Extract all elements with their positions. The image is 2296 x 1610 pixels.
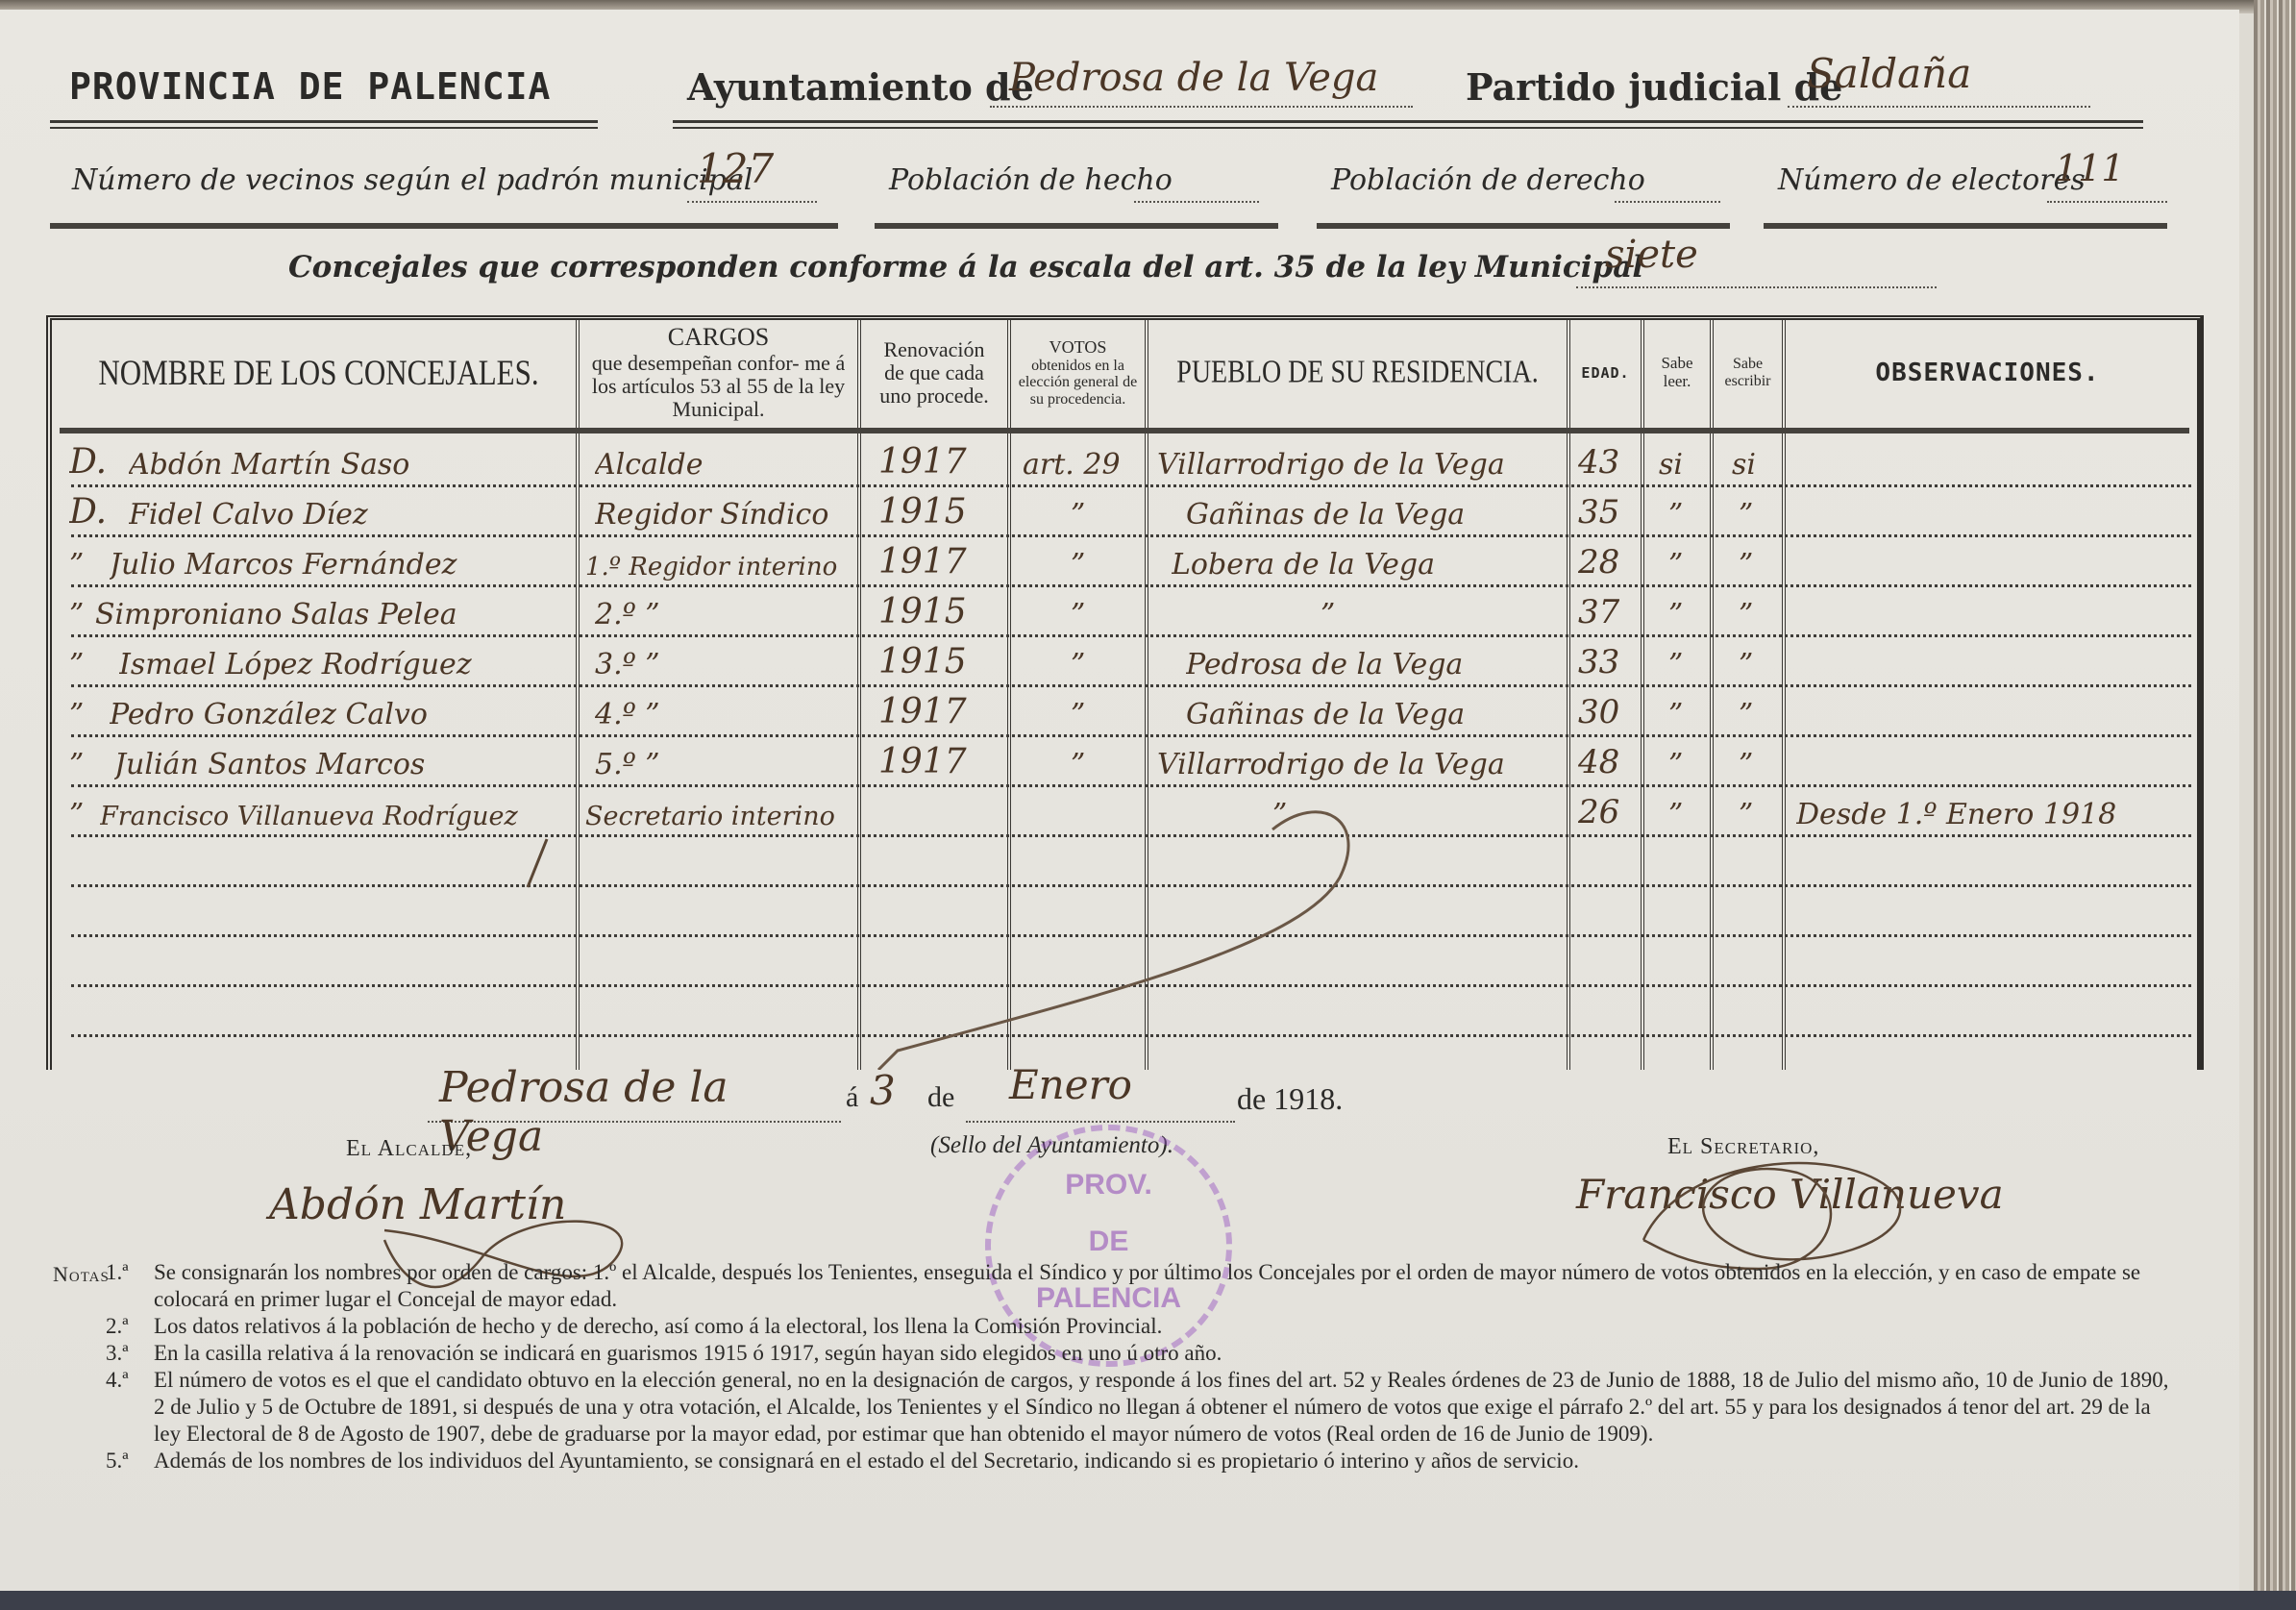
note-number: 1.ª: [106, 1259, 129, 1286]
note-text: El número de votos es el que el candidat…: [154, 1368, 2169, 1446]
partido-field: Saldaña: [1788, 67, 2090, 108]
provincia-title: PROVINCIA DE PALENCIA: [69, 65, 551, 108]
alcalde-label: El Alcalde,: [346, 1136, 472, 1162]
concejales-label: Concejales que corresponden conforme á l…: [288, 250, 1643, 285]
electores-label: Número de electores: [1778, 163, 2086, 197]
poblacion-derecho-field: [1615, 168, 1720, 203]
place-field: Pedrosa de la Vega: [428, 1078, 841, 1123]
partido-label: Partido judicial de: [1466, 65, 1842, 109]
ayuntamiento-value: Pedrosa de la Vega: [1009, 56, 1378, 100]
vecinos-value: 127: [697, 145, 774, 192]
ayuntamiento-field: Pedrosa de la Vega: [990, 67, 1413, 108]
divider: [1283, 120, 2143, 129]
scan-bottom-edge: [0, 1591, 2296, 1610]
document-page: PROVINCIA DE PALENCIA Ayuntamiento de Pe…: [0, 10, 2239, 1600]
stamp-line: PROV.: [991, 1169, 1226, 1201]
book-spine-edge: [2254, 0, 2296, 1610]
closing-pen-stroke: [52, 320, 2197, 1070]
divider: [50, 120, 598, 129]
notes-section: Notas 1.ªSe consignarán los nombres por …: [48, 1259, 2182, 1474]
concejales-value: siete: [1605, 233, 1698, 277]
poblacion-hecho-field: [1134, 168, 1259, 203]
concejales-table: NOMBRE DE LOS CONCEJALES. CARGOS que des…: [46, 315, 2204, 1070]
note-text: En la casilla relativa á la renovación s…: [154, 1341, 1222, 1365]
divider: [1317, 223, 1730, 229]
note-item: 2.ªLos datos relativos á la población de…: [48, 1313, 2182, 1340]
date-a: á: [846, 1081, 858, 1114]
electores-field: 111: [2047, 168, 2167, 203]
note-item: 3.ªEn la casilla relativa á la renovació…: [48, 1340, 2182, 1367]
month-value: Enero: [1009, 1061, 1132, 1108]
concejales-field: siete: [1576, 258, 1937, 288]
note-text: Los datos relativos á la población de he…: [154, 1314, 1162, 1338]
electores-value: 111: [2055, 147, 2125, 189]
note-text: Se consignarán los nombres por orden de …: [154, 1260, 2140, 1311]
stamp-line: DE: [991, 1226, 1226, 1258]
date-de: de: [927, 1081, 954, 1114]
ayuntamiento-label: Ayuntamiento de: [687, 65, 1034, 109]
note-number: 2.ª: [106, 1313, 129, 1340]
divider: [875, 223, 1278, 229]
note-item: 5.ªAdemás de los nombres de los individu…: [48, 1448, 2182, 1474]
place-value: Pedrosa de la Vega: [439, 1063, 841, 1161]
poblacion-derecho-label: Población de derecho: [1331, 163, 1645, 197]
vecinos-field: 127: [687, 168, 817, 203]
note-item: 4.ªEl número de votos es el que el candi…: [48, 1367, 2182, 1448]
vecinos-label: Número de vecinos según el padrón munici…: [72, 163, 753, 197]
note-number: 3.ª: [106, 1340, 129, 1367]
divider: [1764, 223, 2167, 229]
note-number: 4.ª: [106, 1367, 129, 1394]
date-year: de 1918.: [1237, 1081, 1343, 1117]
date-day: 3: [870, 1067, 896, 1114]
note-number: 5.ª: [106, 1448, 129, 1474]
partido-value: Saldaña: [1807, 50, 1971, 97]
month-field: Enero: [966, 1078, 1235, 1123]
poblacion-hecho-label: Población de hecho: [889, 163, 1173, 197]
note-text: Además de los nombres de los individuos …: [154, 1449, 1579, 1473]
secretario-flourish: [1605, 1134, 1932, 1278]
divider: [50, 223, 838, 229]
note-item: 1.ªSe consignarán los nombres por orden …: [48, 1259, 2182, 1313]
